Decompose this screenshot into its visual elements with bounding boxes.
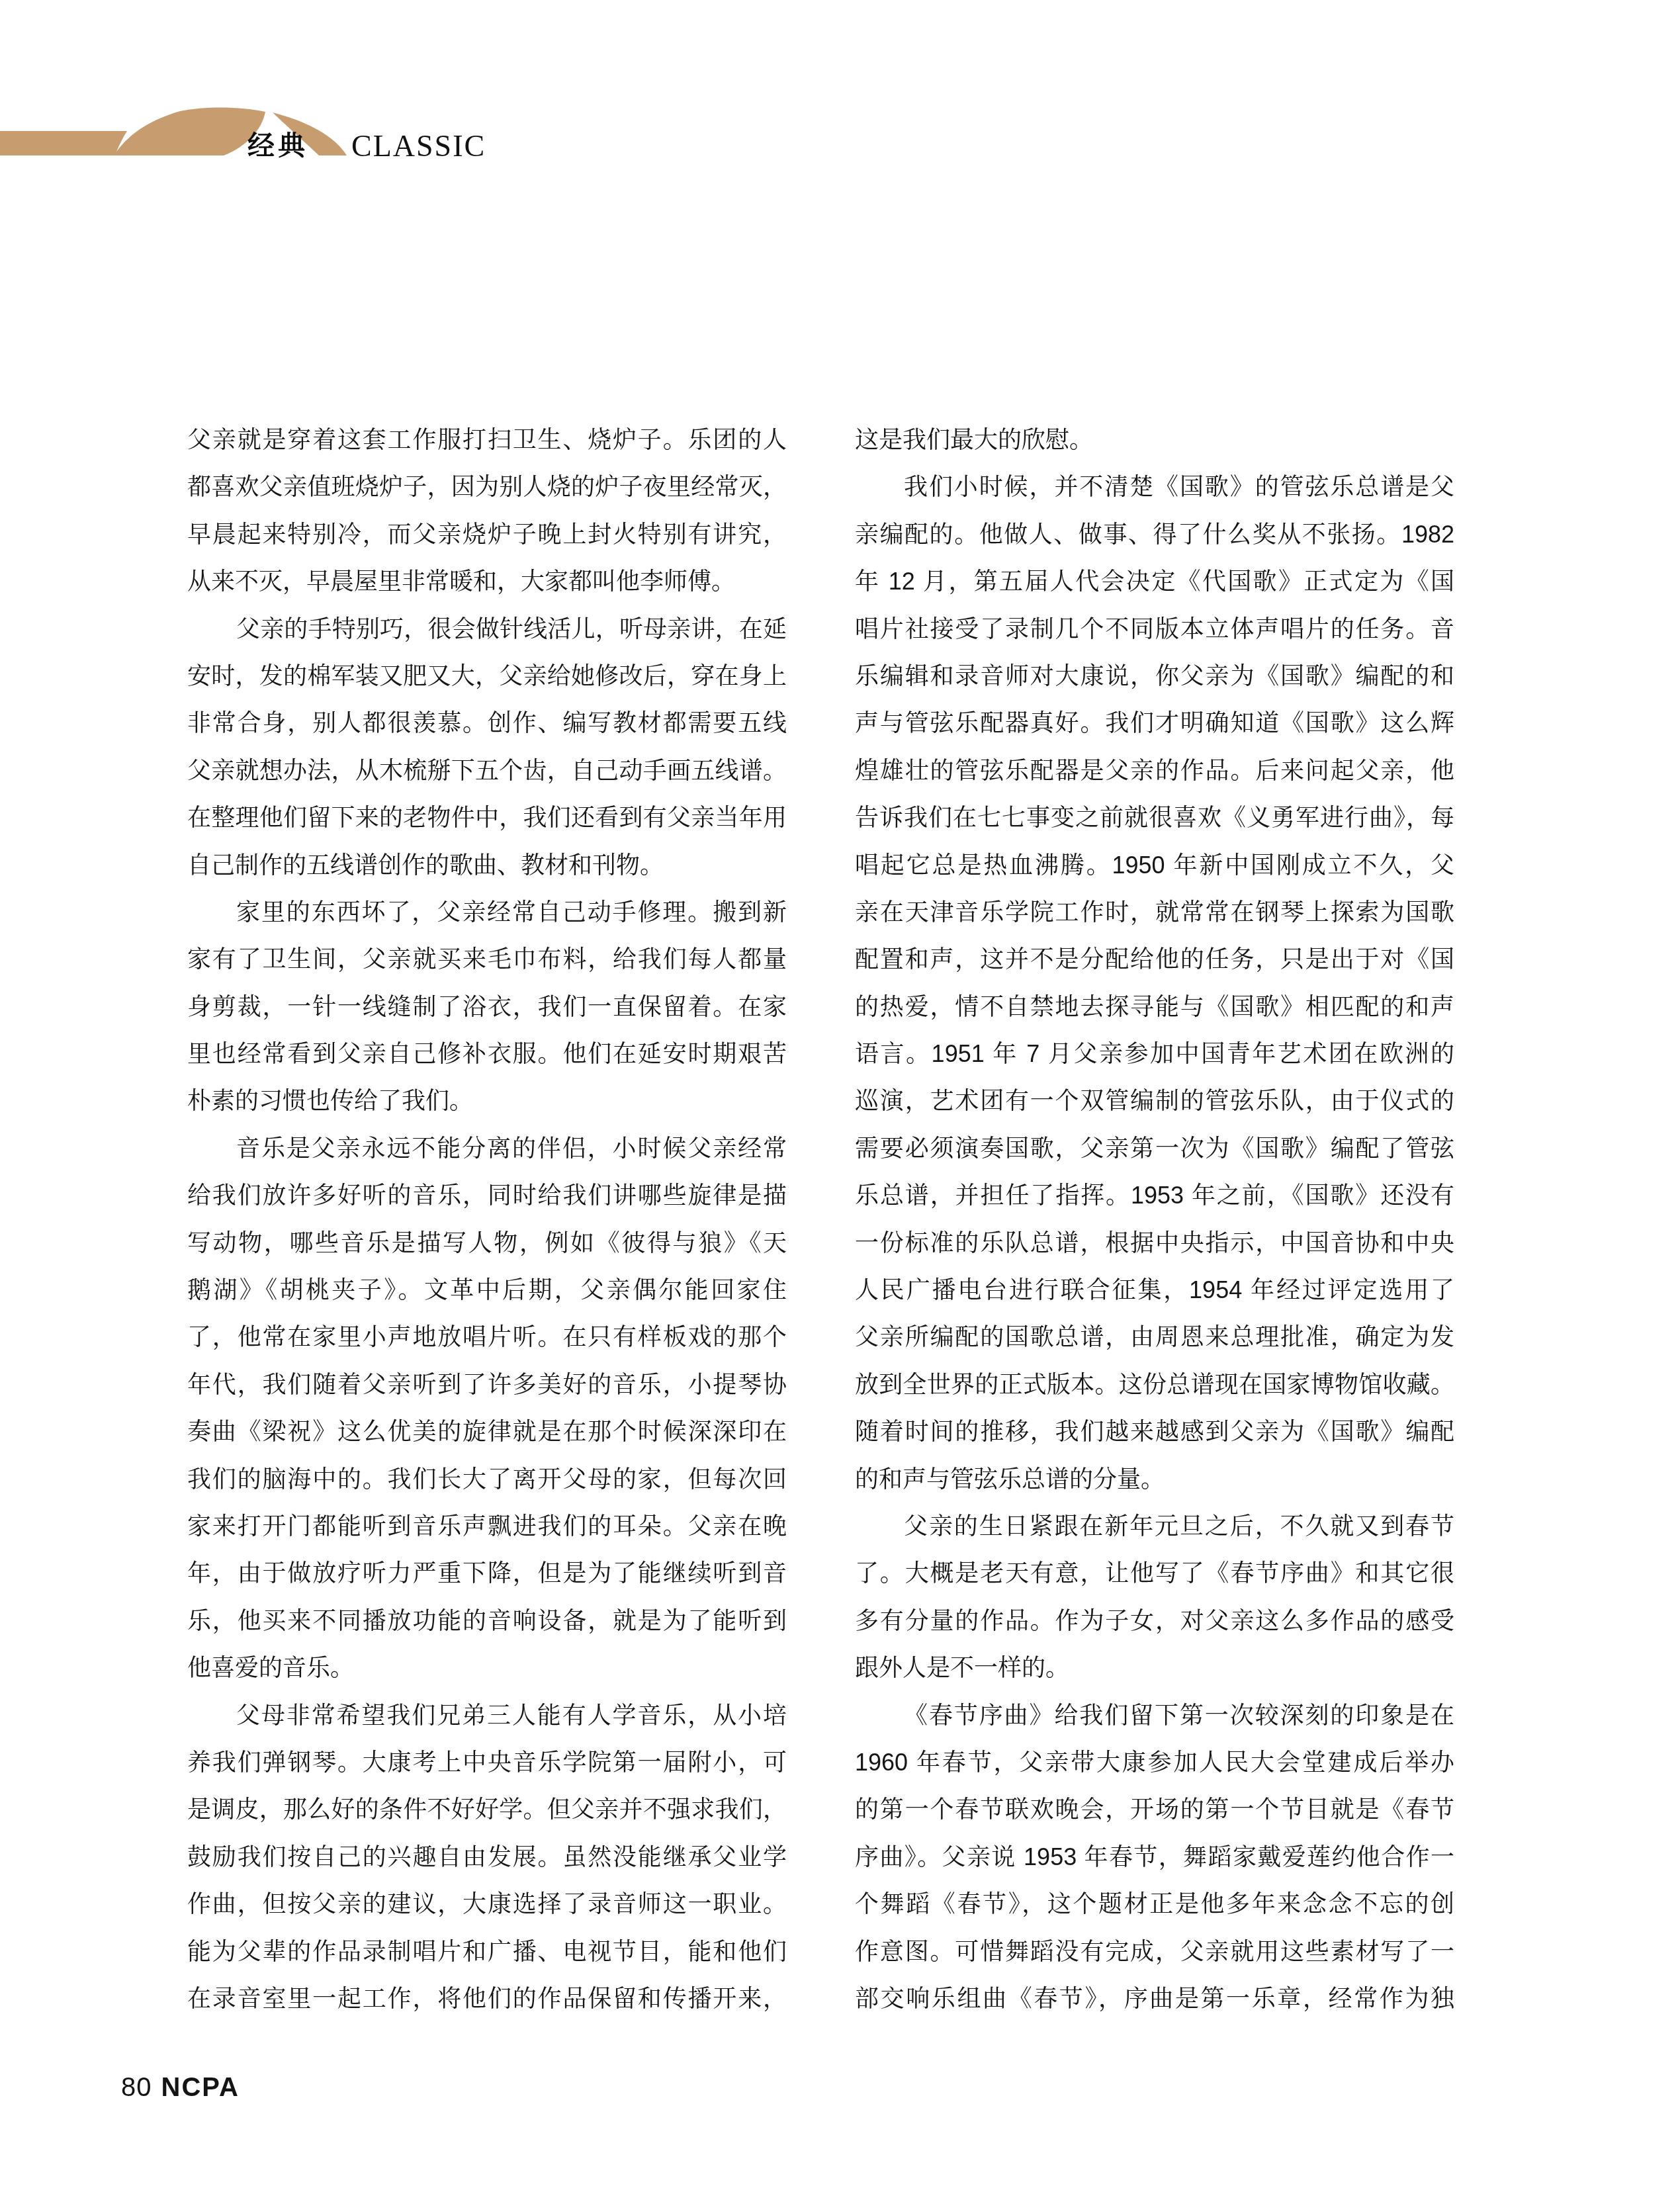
text-line: 了，他常在家里小声地放唱片听。在只有样板戏的那个	[187, 1313, 787, 1360]
text-line: 写动物，哪些音乐是描写人物，例如《彼得与狼》《天	[187, 1219, 787, 1266]
text-line: 《春节序曲》给我们留下第一次较深刻的印象是在	[855, 1692, 1454, 1739]
text-line: 从来不灭，早晨屋里非常暖和，大家都叫他李师傅。	[187, 558, 787, 605]
text-line: 都喜欢父亲值班烧炉子，因为别人烧的炉子夜里经常灭，	[187, 463, 787, 510]
brand-band-shape	[0, 131, 127, 155]
text-line: 告诉我们在七七事变之前就很喜欢《义勇军进行曲》，每	[855, 794, 1454, 841]
text-line: 朴素的习惯也传给了我们。	[187, 1077, 787, 1124]
text-line: 乐编辑和录音师对大康说，你父亲为《国歌》编配的和	[855, 652, 1454, 699]
text-line: 巡演，艺术团有一个双管编制的管弦乐队，由于仪式的	[855, 1077, 1454, 1124]
text-line: 语言。1951 年 7 月父亲参加中国青年艺术团在欧洲的	[855, 1030, 1454, 1077]
text-line: 父母非常希望我们兄弟三人能有人学音乐，从小培	[187, 1692, 787, 1739]
text-line: 家来打开门都能听到音乐声飘进我们的耳朵。父亲在晚	[187, 1503, 787, 1550]
header-title-cn: 经典	[247, 132, 308, 159]
footer-page-number: 80	[121, 2073, 152, 2102]
text-line: 序曲》。父亲说 1953 年春节，舞蹈家戴爱莲约他合作一	[855, 1833, 1454, 1880]
text-line: 家里的东西坏了，父亲经常自己动手修理。搬到新	[187, 889, 787, 936]
left-column: 父亲就是穿着这套工作服打扫卫生、烧炉子。乐团的人都喜欢父亲值班烧炉子，因为别人烧…	[187, 416, 787, 2022]
text-line: 配置和声，这并不是分配给他的任务，只是出于对《国歌》	[855, 936, 1454, 983]
text-line: 唱起它总是热血沸腾。1950 年新中国刚成立不久，父	[855, 842, 1454, 889]
text-line: 的热爱，情不自禁地去探寻能与《国歌》相匹配的和声	[855, 983, 1454, 1030]
text-line: 是调皮，那么好的条件不好好学。但父亲并不强求我们，	[187, 1786, 787, 1833]
text-line: 鹅湖》《胡桃夹子》。文革中后期，父亲偶尔能回家住	[187, 1266, 787, 1313]
text-line: 乐总谱，并担任了指挥。1953 年之前，《国歌》还没有	[855, 1172, 1454, 1219]
text-line: 自己制作的五线谱创作的歌曲、教材和刊物。	[187, 842, 787, 889]
text-line: 的第一个春节联欢晚会，开场的第一个节目就是《春节	[855, 1786, 1454, 1833]
text-line: 早晨起来特别冷，而父亲烧炉子晚上封火特别有讲究，	[187, 511, 787, 558]
text-line: 放到全世界的正式版本。这份总谱现在国家博物馆收藏。	[855, 1361, 1454, 1408]
text-line: 在整理他们留下来的老物件中，我们还看到有父亲当年用	[187, 794, 787, 841]
text-line: 随着时间的推移，我们越来越感到父亲为《国歌》编配	[855, 1408, 1454, 1455]
text-line: 作曲，但按父亲的建议，大康选择了录音师这一职业。	[187, 1880, 787, 1927]
text-line: 我们的脑海中的。我们长大了离开父母的家，但每次回	[187, 1456, 787, 1503]
text-line: 部交响乐组曲《春节》，序曲是第一乐章，经常作为独	[855, 1975, 1454, 2022]
text-line: 年 12 月，第五届人代会决定《代国歌》正式定为《国歌》，	[855, 558, 1454, 605]
text-line: 父亲的手特别巧，很会做针线活儿，听母亲讲，在延	[187, 605, 787, 652]
text-line: 个舞蹈《春节》，这个题材正是他多年来念念不忘的创	[855, 1880, 1454, 1927]
brand-wing-shape	[114, 107, 265, 155]
header-title-en: CLASSIC	[351, 131, 486, 161]
text-line: 父亲所编配的国歌总谱，由周恩来总理批准，确定为发	[855, 1313, 1454, 1360]
text-line: 1960 年春节，父亲带大康参加人民大会堂建成后举办	[855, 1739, 1454, 1786]
text-line: 煌雄壮的管弦乐配器是父亲的作品。后来问起父亲，他	[855, 747, 1454, 794]
text-line: 我们小时候，并不清楚《国歌》的管弦乐总谱是父	[855, 463, 1454, 510]
text-line: 亲在天津音乐学院工作时，就常常在钢琴上探索为国歌	[855, 889, 1454, 936]
text-line: 跟外人是不一样的。	[855, 1644, 1454, 1691]
text-line: 人民广播电台进行联合征集，1954 年经过评定选用了	[855, 1266, 1454, 1313]
magazine-page: { "header": { "title_cn": "经典", "title_e…	[0, 0, 1680, 2188]
text-line: 身剪裁，一针一线缝制了浴衣，我们一直保留着。在家	[187, 983, 787, 1030]
text-line: 乐，他买来不同播放功能的音响设备，就是为了能听到	[187, 1597, 787, 1644]
text-line: 这是我们最大的欣慰。	[855, 416, 1454, 463]
text-line: 了。大概是老天有意，让他写了《春节序曲》和其它很	[855, 1550, 1454, 1597]
text-line: 唱片社接受了录制几个不同版本立体声唱片的任务。音	[855, 605, 1454, 652]
text-line: 父亲就是穿着这套工作服打扫卫生、烧炉子。乐团的人	[187, 416, 787, 463]
text-line: 在录音室里一起工作，将他们的作品保留和传播开来，	[187, 1975, 787, 2022]
text-line: 奏曲《梁祝》这么优美的旋律就是在那个时候深深印在	[187, 1408, 787, 1455]
text-line: 里也经常看到父亲自己修补衣服。他们在延安时期艰苦	[187, 1030, 787, 1077]
text-line: 他喜爱的音乐。	[187, 1644, 787, 1691]
text-line: 年，由于做放疗听力严重下降，但是为了能继续听到音	[187, 1550, 787, 1597]
text-line: 非常合身，别人都很羡慕。创作、编写教材都需要五线谱，	[187, 699, 787, 746]
text-line: 多有分量的作品。作为子女，对父亲这么多作品的感受	[855, 1597, 1454, 1644]
text-line: 父亲就想办法，从木梳掰下五个齿，自己动手画五线谱。	[187, 747, 787, 794]
text-line: 养我们弹钢琴。大康考上中央音乐学院第一届附小，可	[187, 1739, 787, 1786]
text-line: 亲编配的。他做人、做事、得了什么奖从不张扬。1982	[855, 511, 1454, 558]
right-column: 这是我们最大的欣慰。我们小时候，并不清楚《国歌》的管弦乐总谱是父亲编配的。他做人…	[855, 416, 1454, 2022]
text-line: 安时，发的棉军装又肥又大，父亲给她修改后，穿在身上	[187, 652, 787, 699]
text-line: 家有了卫生间，父亲就买来毛巾布料，给我们每人都量	[187, 936, 787, 983]
text-line: 能为父辈的作品录制唱片和广播、电视节目，能和他们	[187, 1928, 787, 1975]
text-line: 一份标准的乐队总谱，根据中央指示，中国音协和中央	[855, 1219, 1454, 1266]
page-footer: 80NCPA	[121, 2073, 240, 2102]
text-line: 音乐是父亲永远不能分离的伴侣，小时候父亲经常	[187, 1125, 787, 1172]
text-line: 鼓励我们按自己的兴趣自由发展。虽然没能继承父业学	[187, 1833, 787, 1880]
text-line: 给我们放许多好听的音乐，同时给我们讲哪些旋律是描	[187, 1172, 787, 1219]
text-line: 声与管弦乐配器真好。我们才明确知道《国歌》这么辉	[855, 699, 1454, 746]
text-line: 的和声与管弦乐总谱的分量。	[855, 1456, 1454, 1503]
text-line: 需要必须演奏国歌，父亲第一次为《国歌》编配了管弦	[855, 1125, 1454, 1172]
text-line: 年代，我们随着父亲听到了许多美好的音乐，小提琴协	[187, 1361, 787, 1408]
footer-magazine-name: NCPA	[161, 2073, 240, 2102]
text-line: 父亲的生日紧跟在新年元旦之后，不久就又到春节	[855, 1503, 1454, 1550]
text-line: 作意图。可惜舞蹈没有完成，父亲就用这些素材写了一	[855, 1928, 1454, 1975]
